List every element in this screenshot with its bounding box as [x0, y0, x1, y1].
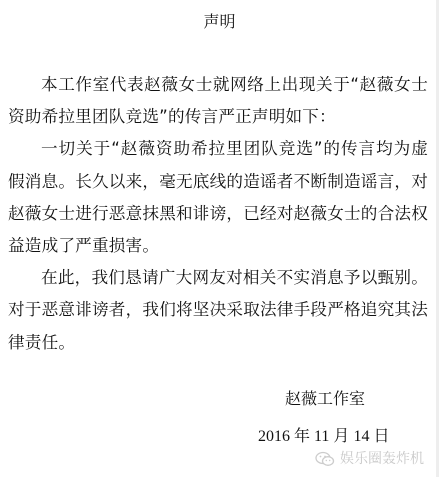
date-year-unit: 年 — [294, 426, 310, 445]
date-month: 11 — [314, 428, 329, 445]
watermark: 娱乐圈轰炸机 — [315, 450, 424, 468]
paragraph-denial: 一切关于“赵薇资助希拉里团队竞选”的传言均为虚假消息。长久以来，毫无底线的造谣者… — [8, 133, 428, 262]
date-month-unit: 月 — [333, 426, 349, 445]
statement-body: 本工作室代表赵薇女士就网络上出现关于“赵薇女士资助希拉里团队竞选”的传言严正声明… — [8, 69, 428, 359]
date-day-unit: 日 — [373, 426, 389, 445]
paragraph-legal: 在此，我们恳请广大网友对相关不实消息予以甄别。对于恶意诽谤者，我们将坚决采取法律… — [8, 262, 428, 359]
paragraph-intro: 本工作室代表赵薇女士就网络上出现关于“赵薇女士资助希拉里团队竞选”的传言严正声明… — [8, 69, 428, 133]
document-title: 声明 — [0, 12, 439, 32]
date-year: 2016 — [258, 428, 290, 445]
statement-date: 2016 年 11 月 14 日 — [258, 426, 389, 447]
wechat-icon — [315, 451, 335, 467]
date-day: 14 — [353, 428, 369, 445]
signature: 赵薇工作室 — [285, 388, 365, 410]
watermark-text: 娱乐圈轰炸机 — [340, 450, 424, 468]
